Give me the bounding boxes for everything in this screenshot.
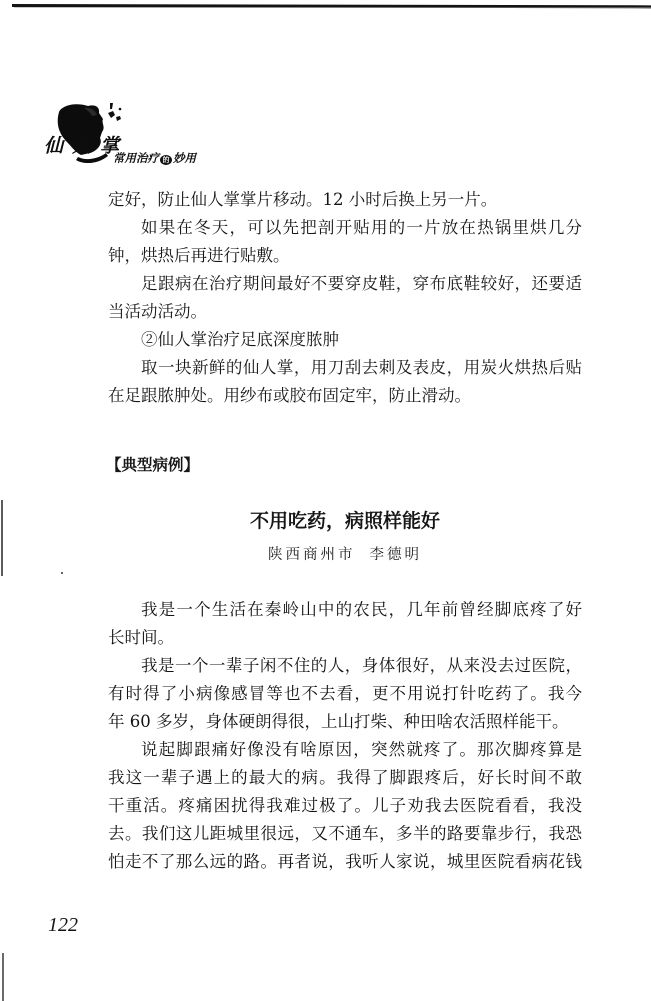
text-line: 我这一辈子遇上的最大的病。我得了脚跟疼后，好长时间不敢 [108,764,582,792]
byline-place: 陕西商州市 [268,547,356,563]
text-line: 当活动活动。 [108,298,582,326]
logo-subtitle-post: 妙用 [173,151,196,165]
case-title: 不用吃药，病照样能好 [108,507,582,535]
text-line: 长时间。 [108,624,582,652]
byline-author: 李德明 [370,547,423,563]
text-line: 我是一个一辈子闲不住的人，身体很好，从来没去过医院， [108,652,582,680]
scan-edge-mark [1,500,3,576]
subsection-heading: ②仙人掌治疗足底深度脓肿 [108,326,582,354]
text-line: 怕走不了那么远的路。再者说，我听人家说，城里医院看病花钱 [108,848,582,876]
text-line: 干重活。疼痛困扰得我难过极了。儿子劝我去医院看看，我没 [108,792,582,820]
header-logo: 仙人掌 常用治疗的妙用 [40,95,210,175]
text-line: 说起脚跟痛好像没有啥原因，突然就疼了。那次脚疼算是 [108,736,582,764]
text-line: 取一块新鲜的仙人掌，用刀刮去刺及表皮，用炭火烘热后贴 [108,354,582,382]
text-line: 定好，防止仙人掌掌片移动。12 小时后换上另一片。 [108,186,582,214]
text-line: 年 60 多岁，身体硬朗得很，上山打柴、种田啥农活照样能干。 [108,708,582,736]
text-line: 去。我们这儿距城里很远，又不通车，多半的路要靠步行，我恐 [108,820,582,848]
logo-subtitle-pre: 常用治疗 [113,151,159,165]
text-line: 有时得了小病像感冒等也不去看，更不用说打针吃药了。我今 [108,680,582,708]
logo-circle-mark: 的 [160,155,172,165]
text-line: 如果在冬天，可以先把剖开贴用的一片放在热锅里烘几分 [108,214,582,242]
text-line: 钟，烘热后再进行贴敷。 [108,242,582,270]
text-line: 足跟病在治疗期间最好不要穿皮鞋，穿布底鞋较好，还要适 [108,270,582,298]
case-section-heading: 【典型病例】 [106,453,199,477]
text-line: 在足跟脓肿处。用纱布或胶布固定牢，防止滑动。 [108,382,582,410]
text-line: 我是一个生活在秦岭山中的农民，几年前曾经脚底疼了好 [108,596,582,624]
scan-speck [61,572,63,574]
scan-edge-mark [2,953,4,1001]
logo-subtitle: 常用治疗的妙用 [113,151,196,165]
case-byline: 陕西商州市李德明 [108,543,582,567]
page-number: 122 [48,911,78,939]
top-rule-shadow [14,7,651,8]
